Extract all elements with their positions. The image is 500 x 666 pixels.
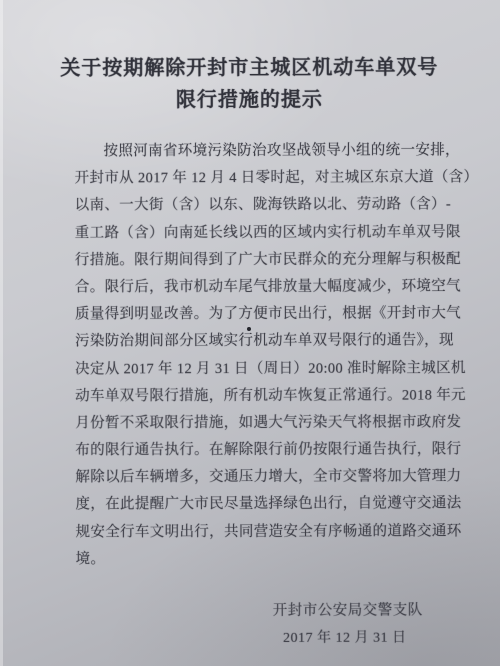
title-line-1: 关于按期解除开封市主城区机动车单双号 — [0, 51, 499, 84]
document-body: 按照河南省环境污染防治攻坚战领导小组的统一安排， 开封市从 2017 年 12 … — [74, 137, 480, 573]
body-line: 动车单双号限行措施，所有机动车恢复正常通行。2018 年元 — [75, 382, 480, 410]
body-line: 度，在此提醒广大市民尽量选择绿色出行，自觉遵守交通法 — [75, 491, 480, 519]
body-line: 月份暂不采取限行措施，如遇大气污染天气将根据市政府发 — [75, 409, 480, 437]
body-line: 按照河南省环境污染防治攻坚战领导小组的统一安排， — [74, 137, 479, 165]
body-line: 开封市从 2017 年 12 月 4 日零时起，对主城区东京大道（含） — [75, 165, 480, 193]
document-title: 关于按期解除开封市主城区机动车单双号 限行措施的提示 — [0, 0, 499, 117]
document-photo: 关于按期解除开封市主城区机动车单双号 限行措施的提示 按照河南省环境污染防治攻坚… — [0, 0, 500, 666]
ink-speck — [247, 327, 251, 331]
body-line: 规安全行车文明出行，共同营造安全有序畅通的道路交通环 — [75, 518, 480, 546]
body-line: 污染防治期间部分区域实行机动车单双号限行的通告》，现 — [75, 328, 480, 356]
issuing-authority: 开封市公安局交警支队 — [273, 600, 423, 622]
body-line: 决定从 2017 年 12 月 31 日（周日）20:00 准时解除主城区机 — [75, 355, 480, 383]
body-line: 质量得到明显改善。为了方便市民出行，根据《开封市大气 — [75, 301, 480, 329]
issue-date: 2017 年 12 月 31 日 — [273, 628, 423, 650]
notice-page: 关于按期解除开封市主城区机动车单双号 限行措施的提示 按照河南省环境污染防治攻坚… — [0, 0, 500, 666]
body-line: 布的限行通告执行。在解除限行前仍按限行通告执行，限行 — [75, 436, 480, 464]
body-line: 解除以后车辆增多，交通压力增大，全市交警将加大管理力 — [75, 464, 480, 492]
body-line: 境。 — [76, 545, 481, 573]
signature-block: 开封市公安局交警支队 2017 年 12 月 31 日 — [273, 600, 423, 650]
body-line: 行措施。限行期间得到了广大市民群众的充分理解与积极配 — [75, 246, 480, 274]
body-line: 合。限行后，我市机动车尾气排放量大幅度减少，环境空气 — [75, 273, 480, 301]
title-line-2: 限行措施的提示 — [0, 83, 499, 116]
body-line: 重工路（含）向南延长线以西的区域内实行机动车单双号限 — [75, 219, 480, 247]
body-line: 以南、一大街（含）以东、陇海铁路以北、劳动路（含）- — [75, 192, 480, 220]
